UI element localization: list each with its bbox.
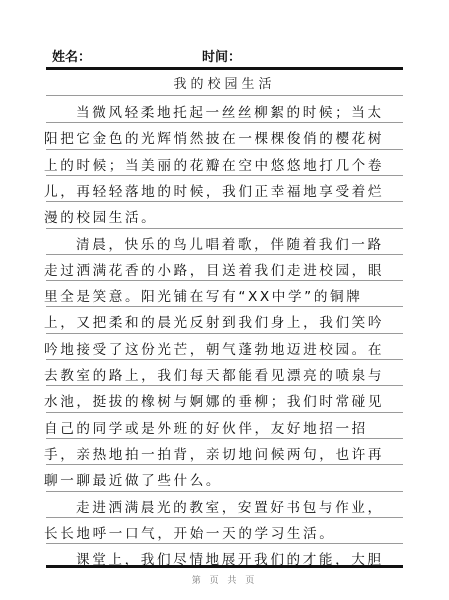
essay-line: 走进洒满晨光的教室，安置好书包与作业，: [44, 496, 438, 516]
page-footer: 第 页 共 页: [0, 573, 449, 586]
ruled-line: [46, 254, 403, 255]
ruled-line: [46, 201, 403, 202]
bottom-thick-rule: [46, 565, 403, 568]
ruled-line: [46, 464, 403, 465]
essay-line: 走过洒满花香的小路，目送着我们走进校园，眼: [44, 259, 406, 279]
essay-line: 里全是笑意。阳光铺在写有“XX中学”的铜牌: [44, 285, 406, 305]
top-thick-rule: [46, 67, 403, 70]
essay-line: 上的时候；当美丽的花瓣在空中悠悠地打几个卷: [44, 154, 406, 174]
essay-line: 阳把它金色的光辉悄然披在一棵棵俊俏的樱花树: [44, 127, 406, 147]
essay-line: 去教室的路上，我们每天都能看见漂亮的喷泉与: [44, 364, 406, 384]
essay-line: 手，亲热地拍一拍背，亲切地问候两句，也许再: [44, 443, 406, 463]
essay-line: 上，又把柔和的晨光反射到我们身上，我们笑吟: [44, 311, 406, 331]
essay-line: 长长地呼一口气，开始一天的学习生活。: [44, 522, 406, 542]
essay-line: 自己的同学或是外班的好伙伴，友好地招一招: [44, 417, 406, 437]
ruled-line: [46, 333, 403, 334]
ruled-line: [46, 412, 403, 413]
title-rule: [46, 95, 403, 96]
essay-line: 吟地接受了这份光芒，朝气蓬勃地迈进校园。在: [44, 338, 406, 358]
essay-line: 儿，再轻轻落地的时候，我们正幸福地享受着烂: [44, 180, 406, 200]
essay-title: 我的校园生活: [46, 73, 403, 92]
ruled-line: [46, 280, 403, 281]
essay-line: 当微风轻柔地托起一丝丝柳絮的时候；当太: [44, 101, 438, 121]
ruled-line: [46, 122, 403, 123]
ruled-line: [46, 175, 403, 176]
essay-line: 水池，挺拔的橡树与婀娜的垂柳；我们时常碰见: [44, 390, 406, 410]
ruled-line: [46, 228, 403, 229]
ruled-line: [46, 149, 403, 150]
ruled-line: [46, 306, 403, 307]
essay-line: 漫的校园生活。: [44, 206, 406, 226]
ruled-line: [46, 438, 403, 439]
essay-line: 聊一聊最近做了些什么。: [44, 469, 406, 489]
name-label: 姓名：: [52, 46, 91, 65]
time-label: 时间：: [202, 46, 241, 65]
ruled-line: [46, 385, 403, 386]
essay-line: 清晨，快乐的鸟儿唱着歌，伴随着我们一路: [44, 233, 438, 253]
ruled-line: [46, 491, 403, 492]
ruled-line: [46, 543, 403, 544]
ruled-line: [46, 517, 403, 518]
ruled-line: [46, 359, 403, 360]
